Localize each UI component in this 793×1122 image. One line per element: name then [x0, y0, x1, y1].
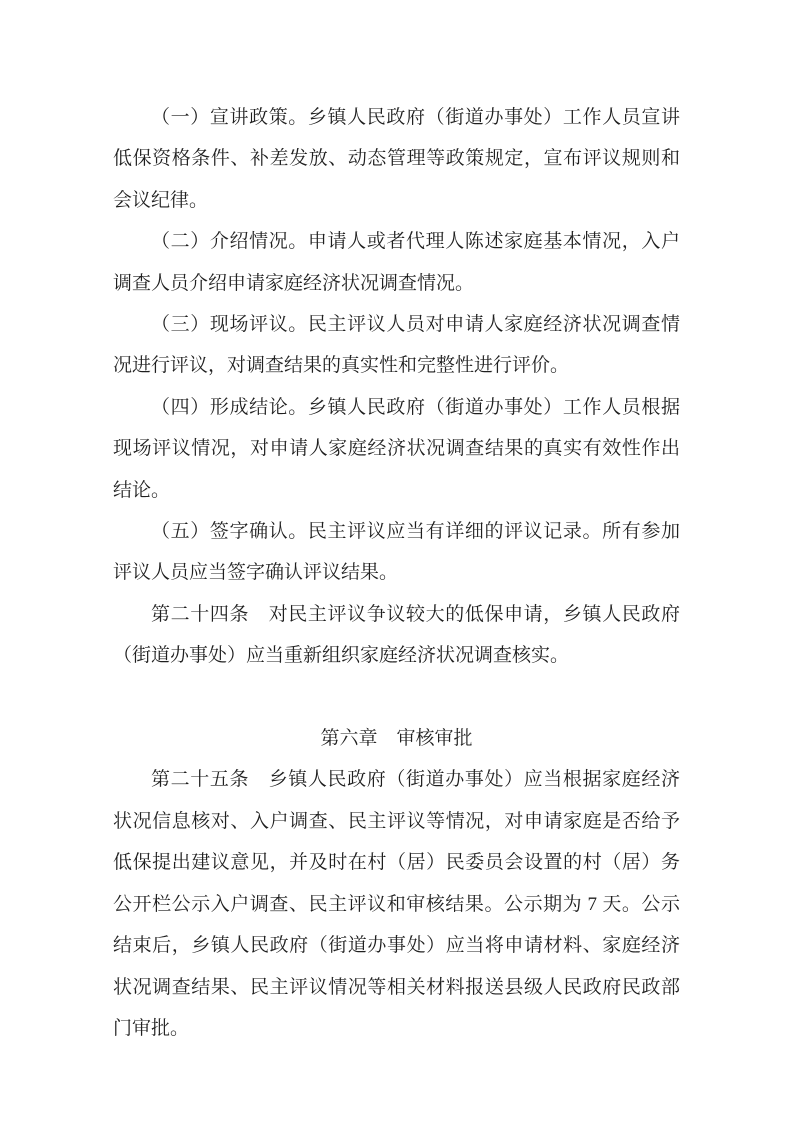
paragraph-item-1: （一）宣讲政策。乡镇人民政府（街道办事处）工作人员宣讲低保资格条件、补差发放、动…	[113, 97, 680, 221]
paragraph-article-24: 第二十四条 对民主评议争议较大的低保申请，乡镇人民政府（街道办事处）应当重新组织…	[113, 594, 680, 677]
chapter-heading: 第六章 审核审批	[113, 718, 680, 759]
paragraph-item-2: （二）介绍情况。申请人或者代理人陈述家庭基本情况，入户调查人员介绍申请家庭经济状…	[113, 221, 680, 304]
paragraph-article-25: 第二十五条 乡镇人民政府（街道办事处）应当根据家庭经济状况信息核对、入户调查、民…	[113, 759, 680, 1049]
document-content: （一）宣讲政策。乡镇人民政府（街道办事处）工作人员宣讲低保资格条件、补差发放、动…	[0, 0, 793, 1049]
paragraph-item-5: （五）签字确认。民主评议应当有详细的评议记录。所有参加评议人员应当签字确认评议结…	[113, 511, 680, 594]
paragraph-item-3: （三）现场评议。民主评议人员对申请人家庭经济状况调查情况进行评议，对调查结果的真…	[113, 304, 680, 387]
document-page: （一）宣讲政策。乡镇人民政府（街道办事处）工作人员宣讲低保资格条件、补差发放、动…	[0, 0, 793, 1122]
paragraph-item-4: （四）形成结论。乡镇人民政府（街道办事处）工作人员根据现场评议情况，对申请人家庭…	[113, 387, 680, 511]
blank-line-spacer	[113, 677, 680, 718]
